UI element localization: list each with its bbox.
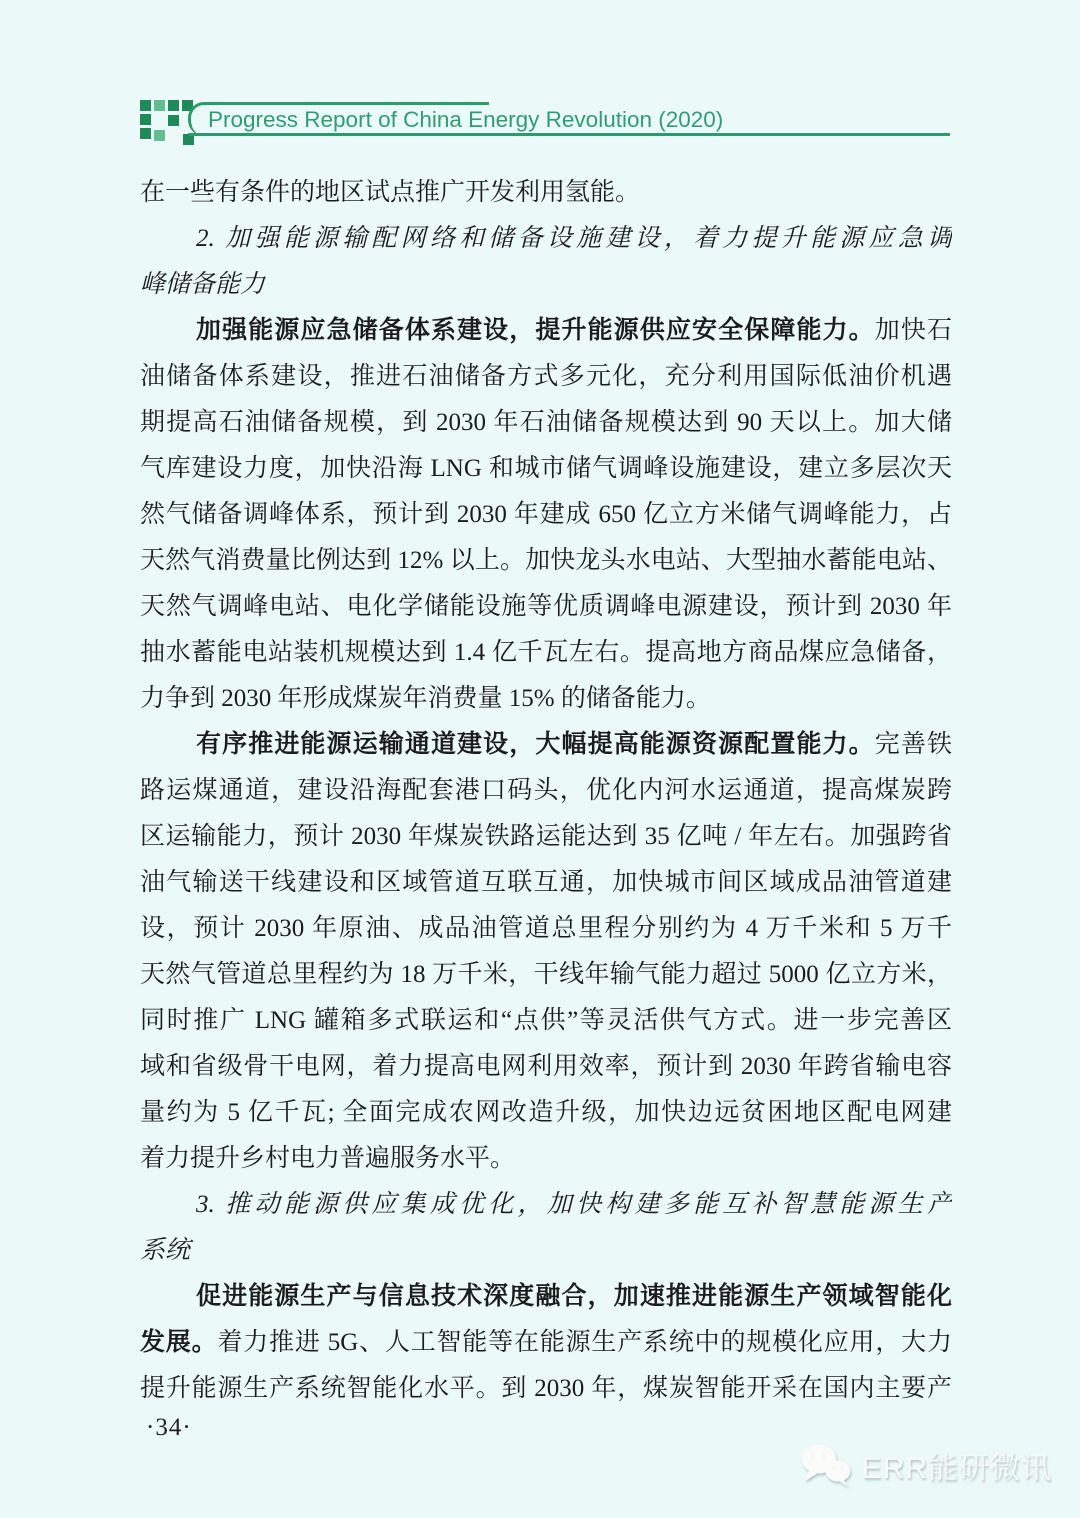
body-line: 气库建设力度，加快沿海 LNG 和城市储气调峰设施建设，建立多层次天 [140,446,952,492]
body-line: 促进能源生产与信息技术深度融合，加速推进能源生产领域智能化 [140,1274,952,1320]
text-segment: 着力推进 5G、人工智能等在能源生产系统中的规模化应用，大力 [217,1329,952,1356]
text-segment: 油储备体系建设，推进石油储备方式多元化，充分利用国际低油价机遇 [140,363,952,390]
page-number: ·34· [146,1414,192,1442]
body-line: 抽水蓄能电站装机规模达到 1.4 亿千瓦左右。提高地方商品煤应急储备， [140,630,952,676]
text-segment: 路运煤通道，建设沿海配套港口码头，优化内河水运通道，提高煤炭跨 [140,777,952,804]
text-segment: 然气储备调峰体系，预计到 2030 年建成 650 亿立方米储气调峰能力，占 [140,501,952,528]
body-line: 加强能源应急储备体系建设，提升能源供应安全保障能力。加快石 [140,308,952,354]
text-segment: 加快石 [875,317,952,344]
text-segment: 2. 加强能源输配网络和储备设施建设，着力提升能源应急调 [196,225,952,252]
text-segment: 域和省级骨干电网，着力提高电网利用效率，预计到 2030 年跨省输电容 [140,1053,952,1080]
heading-line: 3. 推动能源供应集成优化，加快构建多能互补智慧能源生产 [140,1182,952,1228]
body-line: 天然气消费量比例达到 12% 以上。加快龙头水电站、大型抽水蓄能电站、 [140,538,952,584]
report-page: Progress Report of China Energy Revoluti… [0,0,1080,1518]
body-line: 路运煤通道，建设沿海配套港口码头，优化内河水运通道，提高煤炭跨 [140,768,952,814]
text-segment: 3. 推动能源供应集成优化，加快构建多能互补智慧能源生产 [196,1191,952,1218]
watermark: ERR能研微讯 [799,1442,1052,1488]
wechat-icon [799,1442,853,1488]
body-line: 提升能源生产系统智能化水平。到 2030 年，煤炭智能开采在国内主要产 [140,1366,952,1412]
body-line: 有序推进能源运输通道建设，大幅提高能源资源配置能力。完善铁 [140,722,952,768]
body-line: 区运输能力，预计 2030 年煤炭铁路运能达到 35 亿吨 / 年左右。加强跨省 [140,814,952,860]
body-line: 油储备体系建设，推进石油储备方式多元化，充分利用国际低油价机遇 [140,354,952,400]
text-segment: 力争到 2030 年形成煤炭年消费量 15% 的储备能力。 [140,685,711,712]
body-line: 天然气管道总里程约为 18 万千米，干线年输气能力超过 5000 亿立方米， [140,952,952,998]
watermark-text: ERR能研微讯 [862,1443,1052,1487]
body-line: 在一些有条件的地区试点推广开发利用氢能。 [140,170,952,216]
heading-line: 系统 [140,1228,952,1274]
body-line: 油气输送干线建设和区域管道互联互通，加快城市间区域成品油管道建 [140,860,952,906]
text-segment: 油气输送干线建设和区域管道互联互通，加快城市间区域成品油管道建 [140,869,952,896]
text-segment: 完善铁 [875,731,952,758]
text-segment: 同时推广 LNG 罐箱多式联运和“点供”等灵活供气方式。进一步完善区 [140,1007,952,1034]
body-line: 域和省级骨干电网，着力提高电网利用效率，预计到 2030 年跨省输电容 [140,1044,952,1090]
text-segment: 天然气管道总里程约为 18 万千米，干线年输气能力超过 5000 亿立方米， [140,961,952,988]
body-line: 发展。着力推进 5G、人工智能等在能源生产系统中的规模化应用，大力 [140,1320,952,1366]
pixel-logo-squares [140,100,151,111]
text-segment: 气库建设力度，加快沿海 LNG 和城市储气调峰设施建设，建立多层次天 [140,455,952,482]
body-line: 同时推广 LNG 罐箱多式联运和“点供”等灵活供气方式。进一步完善区 [140,998,952,1044]
document-body: 在一些有条件的地区试点推广开发利用氢能。2. 加强能源输配网络和储备设施建设，着… [140,170,952,1412]
text-segment: 着力提升乡村电力普遍服务水平。 [140,1145,515,1172]
text-segment: 量约为 5 亿千瓦; 全面完成农网改造升级，加快边远贫困地区配电网建设， [140,1099,952,1136]
body-line: 量约为 5 亿千瓦; 全面完成农网改造升级，加快边远贫困地区配电网建设， [140,1090,952,1136]
body-line: 然气储备调峰体系，预计到 2030 年建成 650 亿立方米储气调峰能力，占 [140,492,952,538]
text-segment: 期提高石油储备规模，到 2030 年石油储备规模达到 90 天以上。加大储 [140,409,952,436]
text-segment: 在一些有条件的地区试点推广开发利用氢能。 [140,179,640,206]
bold-text-segment: 有序推进能源运输通道建设，大幅提高能源资源配置能力。 [196,731,875,758]
text-segment: 提升能源生产系统智能化水平。到 2030 年，煤炭智能开采在国内主要产 [140,1375,952,1402]
header-rule: Progress Report of China Energy Revoluti… [188,102,950,136]
body-line: 设，预计 2030 年原油、成品油管道总里程分别约为 4 万千米和 5 万千米； [140,906,952,952]
text-segment: 天然气调峰电站、电化学储能设施等优质调峰电源建设，预计到 2030 年 [140,593,952,620]
bold-text-segment: 加强能源应急储备体系建设，提升能源供应安全保障能力。 [196,317,875,344]
text-segment: 抽水蓄能电站装机规模达到 1.4 亿千瓦左右。提高地方商品煤应急储备， [140,639,952,666]
body-line: 着力提升乡村电力普遍服务水平。 [140,1136,952,1182]
text-segment: 设，预计 2030 年原油、成品油管道总里程分别约为 4 万千米和 5 万千米； [140,915,952,952]
heading-line: 峰储备能力 [140,262,952,308]
bold-text-segment: 发展。 [140,1329,217,1356]
body-line: 天然气调峰电站、电化学储能设施等优质调峰电源建设，预计到 2030 年 [140,584,952,630]
header-title: Progress Report of China Energy Revoluti… [208,105,723,135]
page-header: Progress Report of China Energy Revoluti… [140,98,950,146]
text-segment: 系统 [140,1237,190,1264]
text-segment: 天然气消费量比例达到 12% 以上。加快龙头水电站、大型抽水蓄能电站、 [140,547,952,574]
text-segment: 峰储备能力 [140,271,265,298]
body-line: 力争到 2030 年形成煤炭年消费量 15% 的储备能力。 [140,676,952,722]
heading-line: 2. 加强能源输配网络和储备设施建设，着力提升能源应急调 [140,216,952,262]
text-segment: 区运输能力，预计 2030 年煤炭铁路运能达到 35 亿吨 / 年左右。加强跨省 [140,823,952,850]
body-line: 期提高石油储备规模，到 2030 年石油储备规模达到 90 天以上。加大储 [140,400,952,446]
bold-text-segment: 促进能源生产与信息技术深度融合，加速推进能源生产领域智能化 [196,1283,952,1310]
